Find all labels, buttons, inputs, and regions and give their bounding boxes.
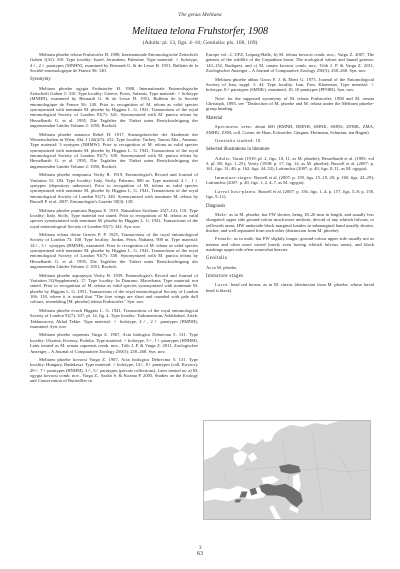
material-heading: Material xyxy=(206,116,374,121)
immature-label: Immature stages: xyxy=(215,175,253,180)
genitalia-heading: Genitalia xyxy=(206,256,374,261)
synonym-entry: Melitaea phoebe caprensis Varga Z. 1967,… xyxy=(30,332,198,353)
distribution-map xyxy=(203,420,371,520)
larva-text: head red brown, as in M. cinxia, (distin… xyxy=(206,282,374,292)
synonymy-heading: Synonymy xyxy=(30,77,198,82)
synonym-entry: Melitaea phoebe aspropsyia Verity R. 193… xyxy=(30,273,198,305)
taxon-name: Melitaea telona xyxy=(132,26,195,37)
synonym-entry: Melitaea phoebe ogygia Fruhstorfer H. 19… xyxy=(30,86,198,129)
synonym-entry: Melitaea phoebe emipunica Verity R. 1919… xyxy=(30,172,198,204)
synonym-entry: Melitaea telona dorae Graves P. P. 1925,… xyxy=(30,232,198,269)
diagnosis-female: Female: as in male, but FW slightly long… xyxy=(206,236,374,252)
synonym-entry: Melitaea phoebe abbas Gross F. J. & Eber… xyxy=(206,77,374,93)
taxon-author: Fruhstorfer, 1908 xyxy=(197,26,268,37)
genitalia-studied: Genitalia studied: 18. xyxy=(206,138,374,143)
page-number: 63 xyxy=(197,551,203,557)
male-text: as in M. phoebe, but FW shorter, being 1… xyxy=(206,212,374,233)
female-label: Female: xyxy=(215,236,232,241)
genitalia-studied-value: 18. xyxy=(256,138,262,143)
synonym-entry: Melitaea phoebe punicata Ragusa E. 1919,… xyxy=(30,208,198,229)
illustrations-heading: Selected illustrations in literature xyxy=(206,147,374,152)
adults-label: Adults: xyxy=(215,156,231,161)
larva-description: Larva: head red brown, as in M. cinxia, … xyxy=(206,282,374,293)
running-head: The genus Melitaea xyxy=(0,12,400,18)
hostplants-label: Larval host-plants: xyxy=(215,189,257,194)
genitalia-text: As in M. phoebe. xyxy=(206,265,374,270)
synonym-continuation: Europe vol. 2, UFZ, Leipzig-Halle, b) M.… xyxy=(206,52,374,73)
illustrations-immature: Immature stages: Russell et al. (2007: p… xyxy=(206,175,374,186)
synonymy-note: Note: for the supposed synonymy of M. te… xyxy=(206,96,374,112)
adults-text: Turati (1919: pl. 2, figs. 10, 11, as M.… xyxy=(206,156,374,172)
male-label: Male: xyxy=(215,212,228,217)
map-graphic xyxy=(204,421,370,519)
species-title: Melitaea telona Fruhstorfer, 1908 xyxy=(0,26,400,37)
synonym-entry: Melitaea phoebe evach Higgins L. G. 1941… xyxy=(30,308,198,329)
specimens-seen: Specimens seen: about 600 (BMNH, RMNH, S… xyxy=(206,124,374,135)
synonym-entry: Melitaea phoebe kovacsi Varga Z. 1967, A… xyxy=(30,357,198,384)
illustrations-hostplants: Larval host-plants: Russell et al. (2007… xyxy=(206,189,374,200)
specimens-label: Specimens seen: xyxy=(215,124,253,129)
right-column: Europe vol. 2, UFZ, Leipzig-Halle, b) M.… xyxy=(206,52,374,296)
diagnosis-heading: Diagnosis xyxy=(206,204,374,209)
female-text: as in male, but FW slightly longer, grou… xyxy=(206,236,374,252)
immature-stages-heading: Immature stages xyxy=(206,274,374,279)
illustrations-adults: Adults: Turati (1919: pl. 2, figs. 10, 1… xyxy=(206,156,374,172)
diagnosis-male: Male: as in M. phoebe, but FW shorter, b… xyxy=(206,212,374,233)
plate-reference: (Adults: pl. 13, figs. 4–16; Genitalia: … xyxy=(0,40,400,46)
left-column: Melitaea phoebe telona Fruhstorfer H. 19… xyxy=(30,52,198,387)
larva-label: Larva: xyxy=(215,282,229,287)
synonym-entry: Melitaea phoebe amanica Rebel H. 1917, S… xyxy=(30,132,198,169)
genitalia-studied-label: Genitalia studied: xyxy=(215,138,254,143)
original-description: Melitaea phoebe telona Fruhstorfer H. 19… xyxy=(30,52,198,73)
